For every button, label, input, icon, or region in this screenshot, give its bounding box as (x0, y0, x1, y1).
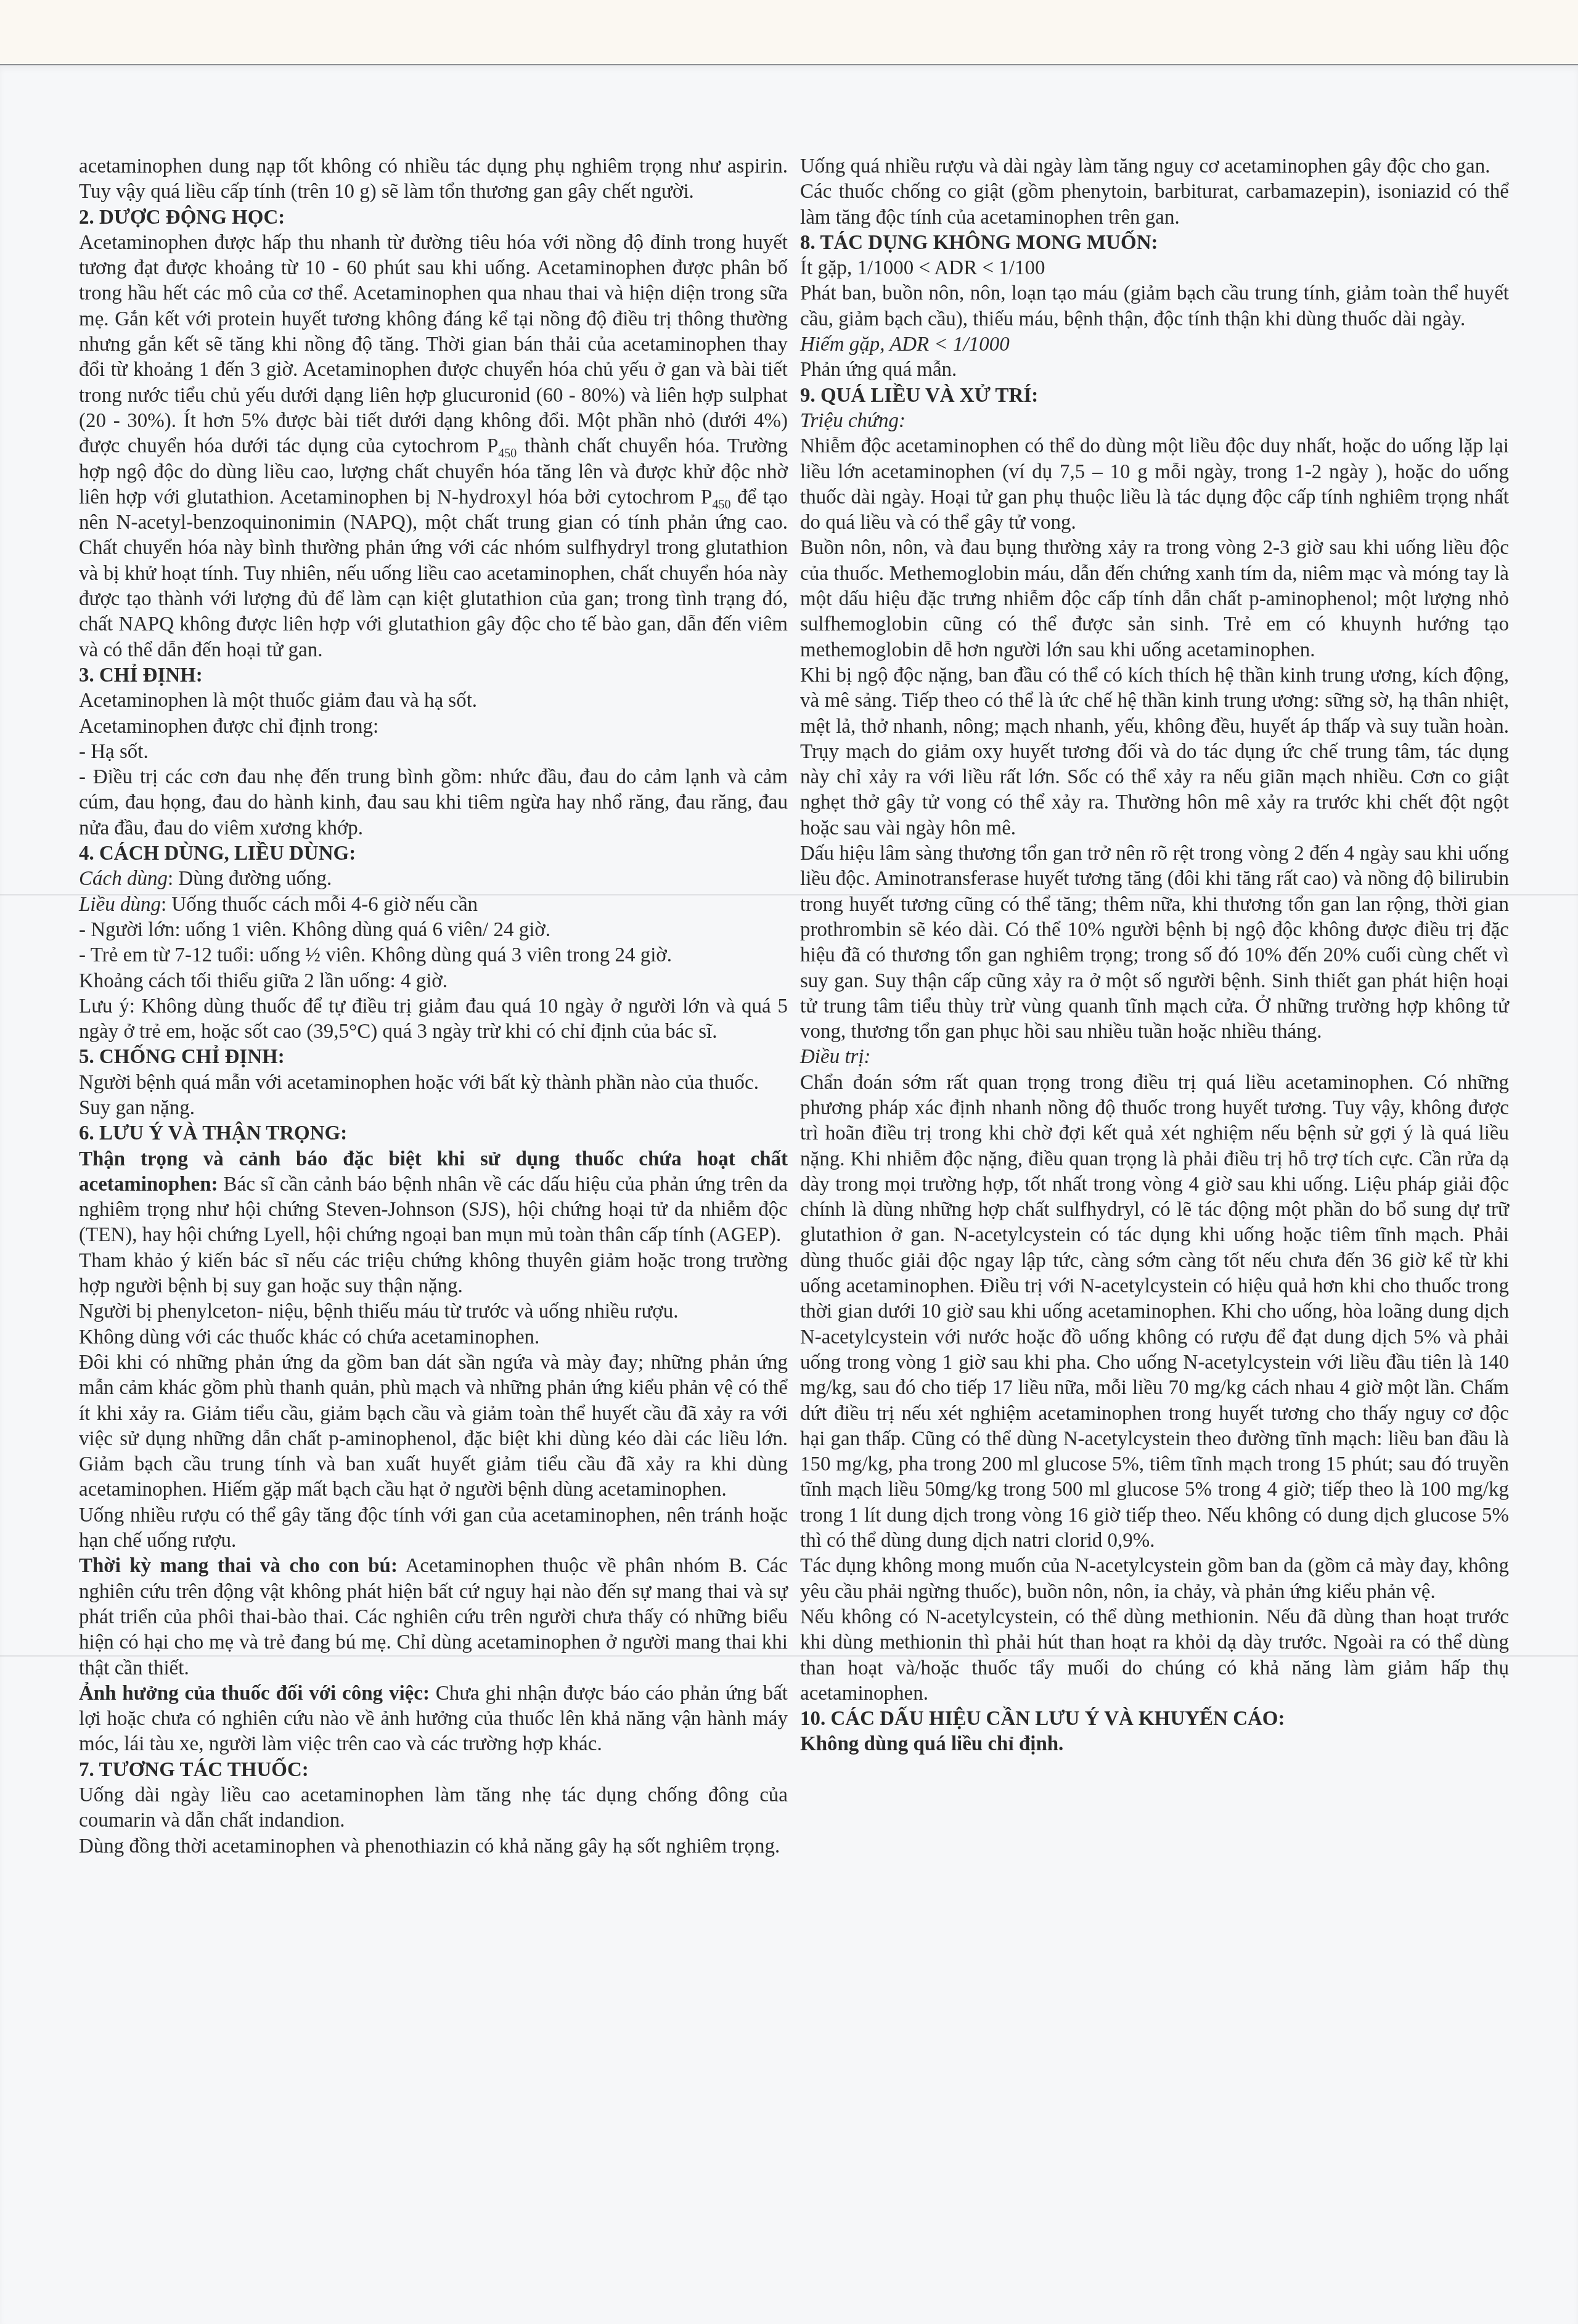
section-heading-dosage: 4. CÁCH DÙNG, LIỀU DÙNG: (79, 841, 788, 867)
dosage-line: - Người lớn: uống 1 viên. Không dùng quá… (79, 918, 788, 943)
route-line: Cách dùng: Dùng đường uống. (79, 866, 788, 892)
symptom-paragraph: Buồn nôn, nôn, và đau bụng thường xảy ra… (800, 536, 1509, 663)
interaction-paragraph: Các thuốc chống co giật (gồm phenytoin, … (800, 179, 1509, 230)
treatment-paragraph: Chẩn đoán sớm rất quan trọng trong điều … (800, 1070, 1509, 1554)
section-heading-adverse-effects: 8. TÁC DỤNG KHÔNG MONG MUỐN: (800, 230, 1509, 256)
treatment-paragraph: Nếu không có N-acetylcystein, có thể dùn… (800, 1605, 1509, 1706)
contraindication-line: Người bệnh quá mẫn với acetaminophen hoặ… (79, 1070, 788, 1096)
rare-effects: Phản ứng quá mẫn. (800, 357, 1509, 383)
dosage-line: Khoảng cách tối thiểu giữa 2 lần uống: 4… (79, 969, 788, 994)
interaction-paragraph: Uống dài ngày liều cao acetaminophen làm… (79, 1783, 788, 1834)
pharmacokinetics-paragraph: Acetaminophen được hấp thu nhanh từ đườn… (79, 230, 788, 663)
section-heading-precautions: 6. LƯU Ý VÀ THẬN TRỌNG: (79, 1120, 788, 1147)
indications-line: - Điều trị các cơn đau nhẹ đến trung bìn… (79, 765, 788, 841)
treatment-label: Điều trị: (800, 1045, 1509, 1070)
uncommon-frequency: Ít gặp, 1/1000 < ADR < 1/100 (800, 256, 1509, 281)
left-column: acetaminophen dung nạp tốt không có nhiề… (79, 154, 788, 1859)
dosage-note: Lưu ý: Không dùng thuốc để tự điều trị g… (79, 994, 788, 1045)
section-heading-contraindications: 5. CHỐNG CHỈ ĐỊNH: (79, 1044, 788, 1070)
interaction-paragraph: Dùng đồng thời acetaminophen và phenothi… (79, 1834, 788, 1859)
symptom-paragraph: Nhiễm độc acetaminophen có thể do dùng m… (800, 434, 1509, 536)
section-heading-interactions: 7. TƯƠNG TÁC THUỐC: (79, 1757, 788, 1784)
pregnancy-paragraph: Thời kỳ mang thai và cho con bú: Acetami… (79, 1554, 788, 1681)
section-heading-pharmacokinetics: 2. DƯỢC ĐỘNG HỌC: (79, 205, 788, 231)
dosage-line: - Trẻ em từ 7-12 tuổi: uống ½ viên. Khôn… (79, 943, 788, 968)
dose-line: Liều dùng: Uống thuốc cách mỗi 4-6 giờ n… (79, 892, 788, 918)
symptoms-label: Triệu chứng: (800, 409, 1509, 434)
section-heading-indications: 3. CHỈ ĐỊNH: (79, 663, 788, 689)
skin-warning-paragraph: Thận trọng và cảnh báo đặc biệt khi sử d… (79, 1147, 788, 1249)
interaction-paragraph: Uống quá nhiều rượu và dài ngày làm tăng… (800, 154, 1509, 179)
warning-text: Không dùng quá liều chỉ định. (800, 1732, 1509, 1757)
rare-frequency: Hiếm gặp, ADR < 1/1000 (800, 332, 1509, 357)
symptom-paragraph: Khi bị ngộ độc nặng, ban đầu có thể có k… (800, 663, 1509, 841)
precaution-paragraph: Tham khảo ý kiến bác sĩ nếu các triệu ch… (79, 1249, 788, 1300)
treatment-paragraph: Tác dụng không mong muốn của N-acetylcys… (800, 1554, 1509, 1605)
precaution-paragraph: Uống nhiều rượu có thể gây tăng độc tính… (79, 1503, 788, 1554)
precaution-paragraph: Không dùng với các thuốc khác có chứa ac… (79, 1325, 788, 1350)
right-column: Uống quá nhiều rượu và dài ngày làm tăng… (800, 154, 1509, 1758)
contraindication-line: Suy gan nặng. (79, 1096, 788, 1121)
indications-line: - Hạ sốt. (79, 740, 788, 765)
scan-top-strip (0, 0, 1578, 64)
section-heading-overdose: 9. QUÁ LIỀU VÀ XỬ TRÍ: (800, 383, 1509, 409)
symptom-paragraph: Dấu hiệu lâm sàng thương tổn gan trở nên… (800, 841, 1509, 1045)
section-heading-warnings: 10. CÁC DẤU HIỆU CẦN LƯU Ý VÀ KHUYẾN CÁO… (800, 1706, 1509, 1732)
indications-line: Acetaminophen là một thuốc giảm đau và h… (79, 688, 788, 714)
driving-paragraph: Ảnh hưởng của thuốc đối với công việc: C… (79, 1681, 788, 1758)
precaution-paragraph: Người bị phenylceton- niệu, bệnh thiếu m… (79, 1299, 788, 1324)
precaution-paragraph: Đôi khi có những phản ứng da gồm ban dát… (79, 1350, 788, 1503)
indications-line: Acetaminophen được chỉ định trong: (79, 714, 788, 740)
uncommon-effects: Phát ban, buồn nôn, nôn, loạn tạo máu (g… (800, 281, 1509, 332)
intro-paragraph: acetaminophen dung nạp tốt không có nhiề… (79, 154, 788, 205)
